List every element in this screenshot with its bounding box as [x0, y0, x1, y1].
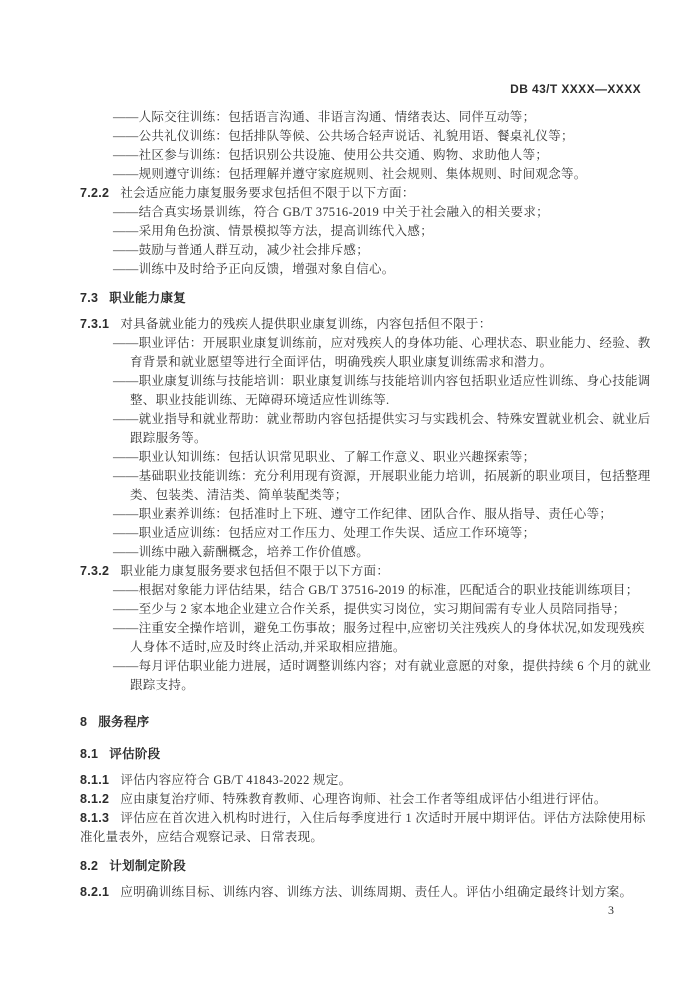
doc-line: ——就业指导和就业帮助：就业帮助内容包括提供实习与实践机会、特殊安置就业机会、就…	[80, 410, 642, 429]
section-heading: 8服务程序	[80, 713, 642, 732]
document-body: ——人际交往训练：包括语言沟通、非语言沟通、情绪表达、同伴互动等；——公共礼仪训…	[80, 108, 642, 902]
section-heading: 7.3职业能力康复	[80, 289, 642, 308]
clause-number: 8.2.1	[80, 885, 109, 899]
doc-line: 8.1.2应由康复治疗师、特殊教育教师、心理咨询师、社会工作者等组成评估小组进行…	[80, 790, 642, 809]
clause-number: 8.1.1	[80, 773, 109, 787]
clause-text: 评估内容应符合 GB/T 41843-2022 规定。	[120, 773, 351, 787]
document-page: DB 43/T XXXX—XXXX ——人际交往训练：包括语言沟通、非语言沟通、…	[0, 0, 698, 987]
doc-line: 类、包装类、清洁类、简单装配类等；	[80, 486, 642, 505]
doc-line: ——社区参与训练：包括识别公共设施、使用公共交通、购物、求助他人等；	[80, 146, 642, 165]
clause-text: 应明确训练目标、训练内容、训练方法、训练周期、责任人。评估小组确定最终计划方案。	[120, 885, 632, 899]
doc-line: 跟踪支持。	[80, 676, 642, 695]
doc-line: 准化量表外，应结合观察记录、日常表现。	[80, 828, 642, 847]
section-heading: 8.1评估阶段	[80, 745, 642, 764]
clause-number: 7.3.1	[80, 317, 109, 331]
doc-line: ——人际交往训练：包括语言沟通、非语言沟通、情绪表达、同伴互动等；	[80, 108, 642, 127]
doc-line: ——至少与 2 家本地企业建立合作关系，提供实习岗位，实习期间需有专业人员陪同指…	[80, 600, 642, 619]
clause-text: 评估阶段	[109, 747, 160, 761]
doc-line: ——职业认知训练：包括认识常见职业、了解工作意义、职业兴趣探索等；	[80, 448, 642, 467]
clause-text: 职业能力康复服务要求包括但不限于以下方面：	[120, 564, 389, 578]
doc-line: 7.3.2职业能力康复服务要求包括但不限于以下方面：	[80, 562, 642, 581]
doc-line: ——职业康复训练与技能培训：职业康复训练与技能培训内容包括职业适应性训练、身心技…	[80, 372, 642, 391]
clause-number: 8.1.2	[80, 792, 109, 806]
doc-line: ——职业适应训练：包括应对工作压力、处理工作失误、适应工作环境等；	[80, 524, 642, 543]
clause-number: 8.2	[80, 859, 98, 873]
clause-text: 评估应在首次进入机构时进行，入住后每季度进行 1 次适时开展中期评估。评估方法除…	[120, 811, 645, 825]
clause-number: 7.3	[80, 291, 98, 305]
clause-number: 7.2.2	[80, 186, 109, 200]
page-number: 3	[608, 903, 614, 918]
doc-line: ——结合真实场景训练，符合 GB/T 37516-2019 中关于社会融入的相关…	[80, 203, 642, 222]
standard-designation: DB 43/T XXXX—XXXX	[510, 82, 641, 96]
doc-line: 8.1.1评估内容应符合 GB/T 41843-2022 规定。	[80, 771, 642, 790]
doc-line: ——公共礼仪训练：包括排队等候、公共场合轻声说话、礼貌用语、餐桌礼仪等；	[80, 127, 642, 146]
doc-line: ——采用角色扮演、情景模拟等方法，提高训练代入感；	[80, 222, 642, 241]
clause-text: 职业能力康复	[109, 291, 186, 305]
doc-line: ——鼓励与普通人群互动，减少社会排斥感；	[80, 241, 642, 260]
clause-number: 8.1	[80, 747, 98, 761]
clause-text: 对具备就业能力的残疾人提供职业康复训练，内容包括但不限于：	[120, 317, 491, 331]
doc-line: 8.1.3评估应在首次进入机构时进行，入住后每季度进行 1 次适时开展中期评估。…	[80, 809, 642, 828]
doc-line: ——职业素养训练：包括准时上下班、遵守工作纪律、团队合作、服从指导、责任心等；	[80, 505, 642, 524]
clause-number: 8.1.3	[80, 811, 109, 825]
clause-text: 应由康复治疗师、特殊教育教师、心理咨询师、社会工作者等组成评估小组进行评估。	[120, 792, 606, 806]
doc-line: 7.3.1对具备就业能力的残疾人提供职业康复训练，内容包括但不限于：	[80, 315, 642, 334]
doc-line: ——训练中及时给予正向反馈，增强对象自信心。	[80, 260, 642, 279]
doc-line: 育背景和就业愿望等进行全面评估，明确残疾人职业康复训练需求和潜力。	[80, 353, 642, 372]
doc-line: 7.2.2社会适应能力康复服务要求包括但不限于以下方面：	[80, 184, 642, 203]
doc-line: ——职业评估：开展职业康复训练前，应对残疾人的身体功能、心理状态、职业能力、经验…	[80, 334, 642, 353]
doc-line: ——每月评估职业能力进展，适时调整训练内容；对有就业意愿的对象，提供持续 6 个…	[80, 657, 642, 676]
clause-text: 计划制定阶段	[109, 859, 186, 873]
clause-number: 8	[80, 715, 87, 729]
clause-number: 7.3.2	[80, 564, 109, 578]
doc-line: ——训练中融入薪酬概念，培养工作价值感。	[80, 543, 642, 562]
doc-line: ——基础职业技能训练：充分利用现有资源，开展职业能力培训，拓展新的职业项目，包括…	[80, 467, 642, 486]
section-heading: 8.2计划制定阶段	[80, 857, 642, 876]
doc-line: 跟踪服务等。	[80, 429, 642, 448]
doc-line: 8.2.1应明确训练目标、训练内容、训练方法、训练周期、责任人。评估小组确定最终…	[80, 883, 642, 902]
doc-line: ——根据对象能力评估结果，结合 GB/T 37516-2019 的标准，匹配适合…	[80, 581, 642, 600]
doc-line: 人身体不适时,应及时终止活动,并采取相应措施。	[80, 638, 642, 657]
clause-text: 社会适应能力康复服务要求包括但不限于以下方面：	[120, 186, 414, 200]
doc-line: 整、职业技能训练、无障碍环境适应性训练等.	[80, 391, 642, 410]
doc-line: ——注重安全操作培训，避免工伤事故；服务过程中,应密切关注残疾人的身体状况,如发…	[80, 619, 642, 638]
clause-text: 服务程序	[98, 715, 149, 729]
doc-line: ——规则遵守训练：包括理解并遵守家庭规则、社会规则、集体规则、时间观念等。	[80, 165, 642, 184]
